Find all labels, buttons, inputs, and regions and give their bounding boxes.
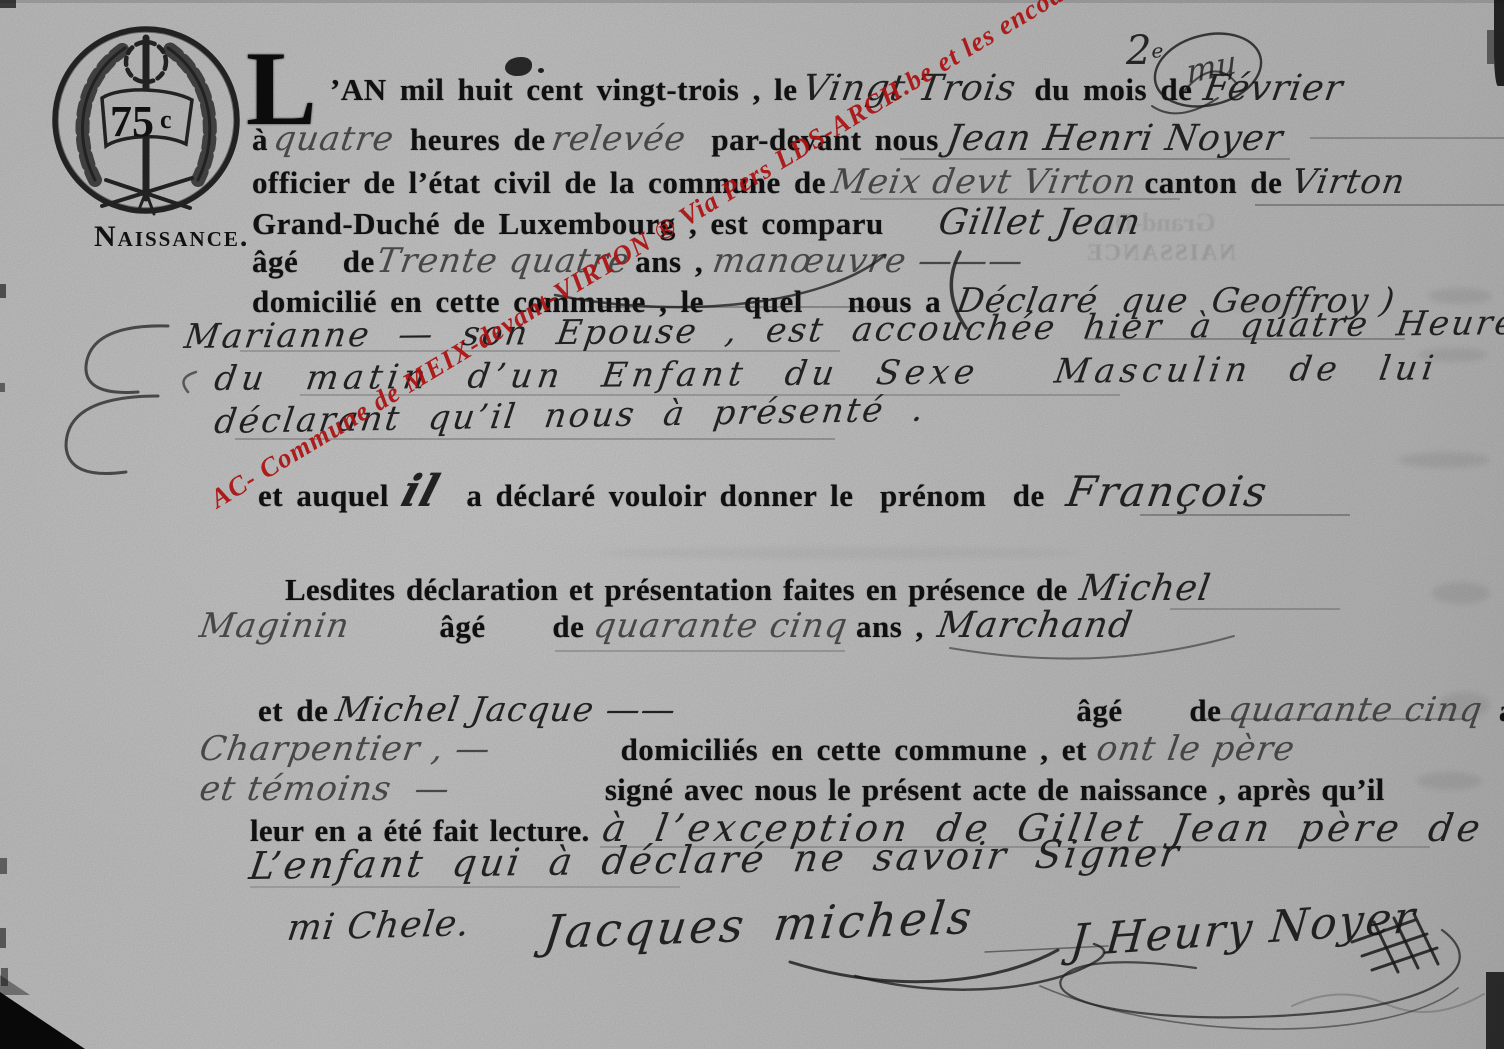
- bleed-through-smudge: [1416, 772, 1482, 790]
- bleed-through-text: NAISSANCE: [1085, 240, 1236, 266]
- bleed-through-smudge: [1398, 452, 1490, 468]
- scan-edge-artifact: [0, 0, 16, 8]
- ink-flourishes: [0, 0, 1504, 1049]
- scan-edge-artifact: [1486, 972, 1504, 1049]
- scan-corner-shadow: [0, 975, 30, 995]
- ink-blot: [538, 68, 544, 73]
- scan-edge-artifact: [0, 858, 7, 874]
- scan-edge-artifact: [0, 928, 6, 948]
- scan-edge-artifact: [0, 383, 5, 392]
- bleed-through-smudge: [1230, 300, 1320, 314]
- birth-record-scan: 75 c Naissance. 2e mu L ’AN mil huit cen…: [0, 0, 1504, 1049]
- scan-edge-artifact: [1487, 30, 1494, 64]
- scan-edge-artifact: [0, 0, 1504, 3]
- bleed-through-smudge: [1432, 582, 1490, 604]
- bleed-through-smudge: [1418, 348, 1488, 362]
- scan-corner-shadow: [0, 992, 85, 1049]
- bleed-through-smudge: [1428, 288, 1492, 304]
- scan-edge-artifact: [1494, 0, 1504, 86]
- bleed-through-smudge: [1438, 692, 1490, 718]
- bleed-through-smudge: [600, 547, 1080, 559]
- scan-edge-artifact: [0, 284, 6, 298]
- bleed-through-text: Grand-Du: [1100, 208, 1216, 238]
